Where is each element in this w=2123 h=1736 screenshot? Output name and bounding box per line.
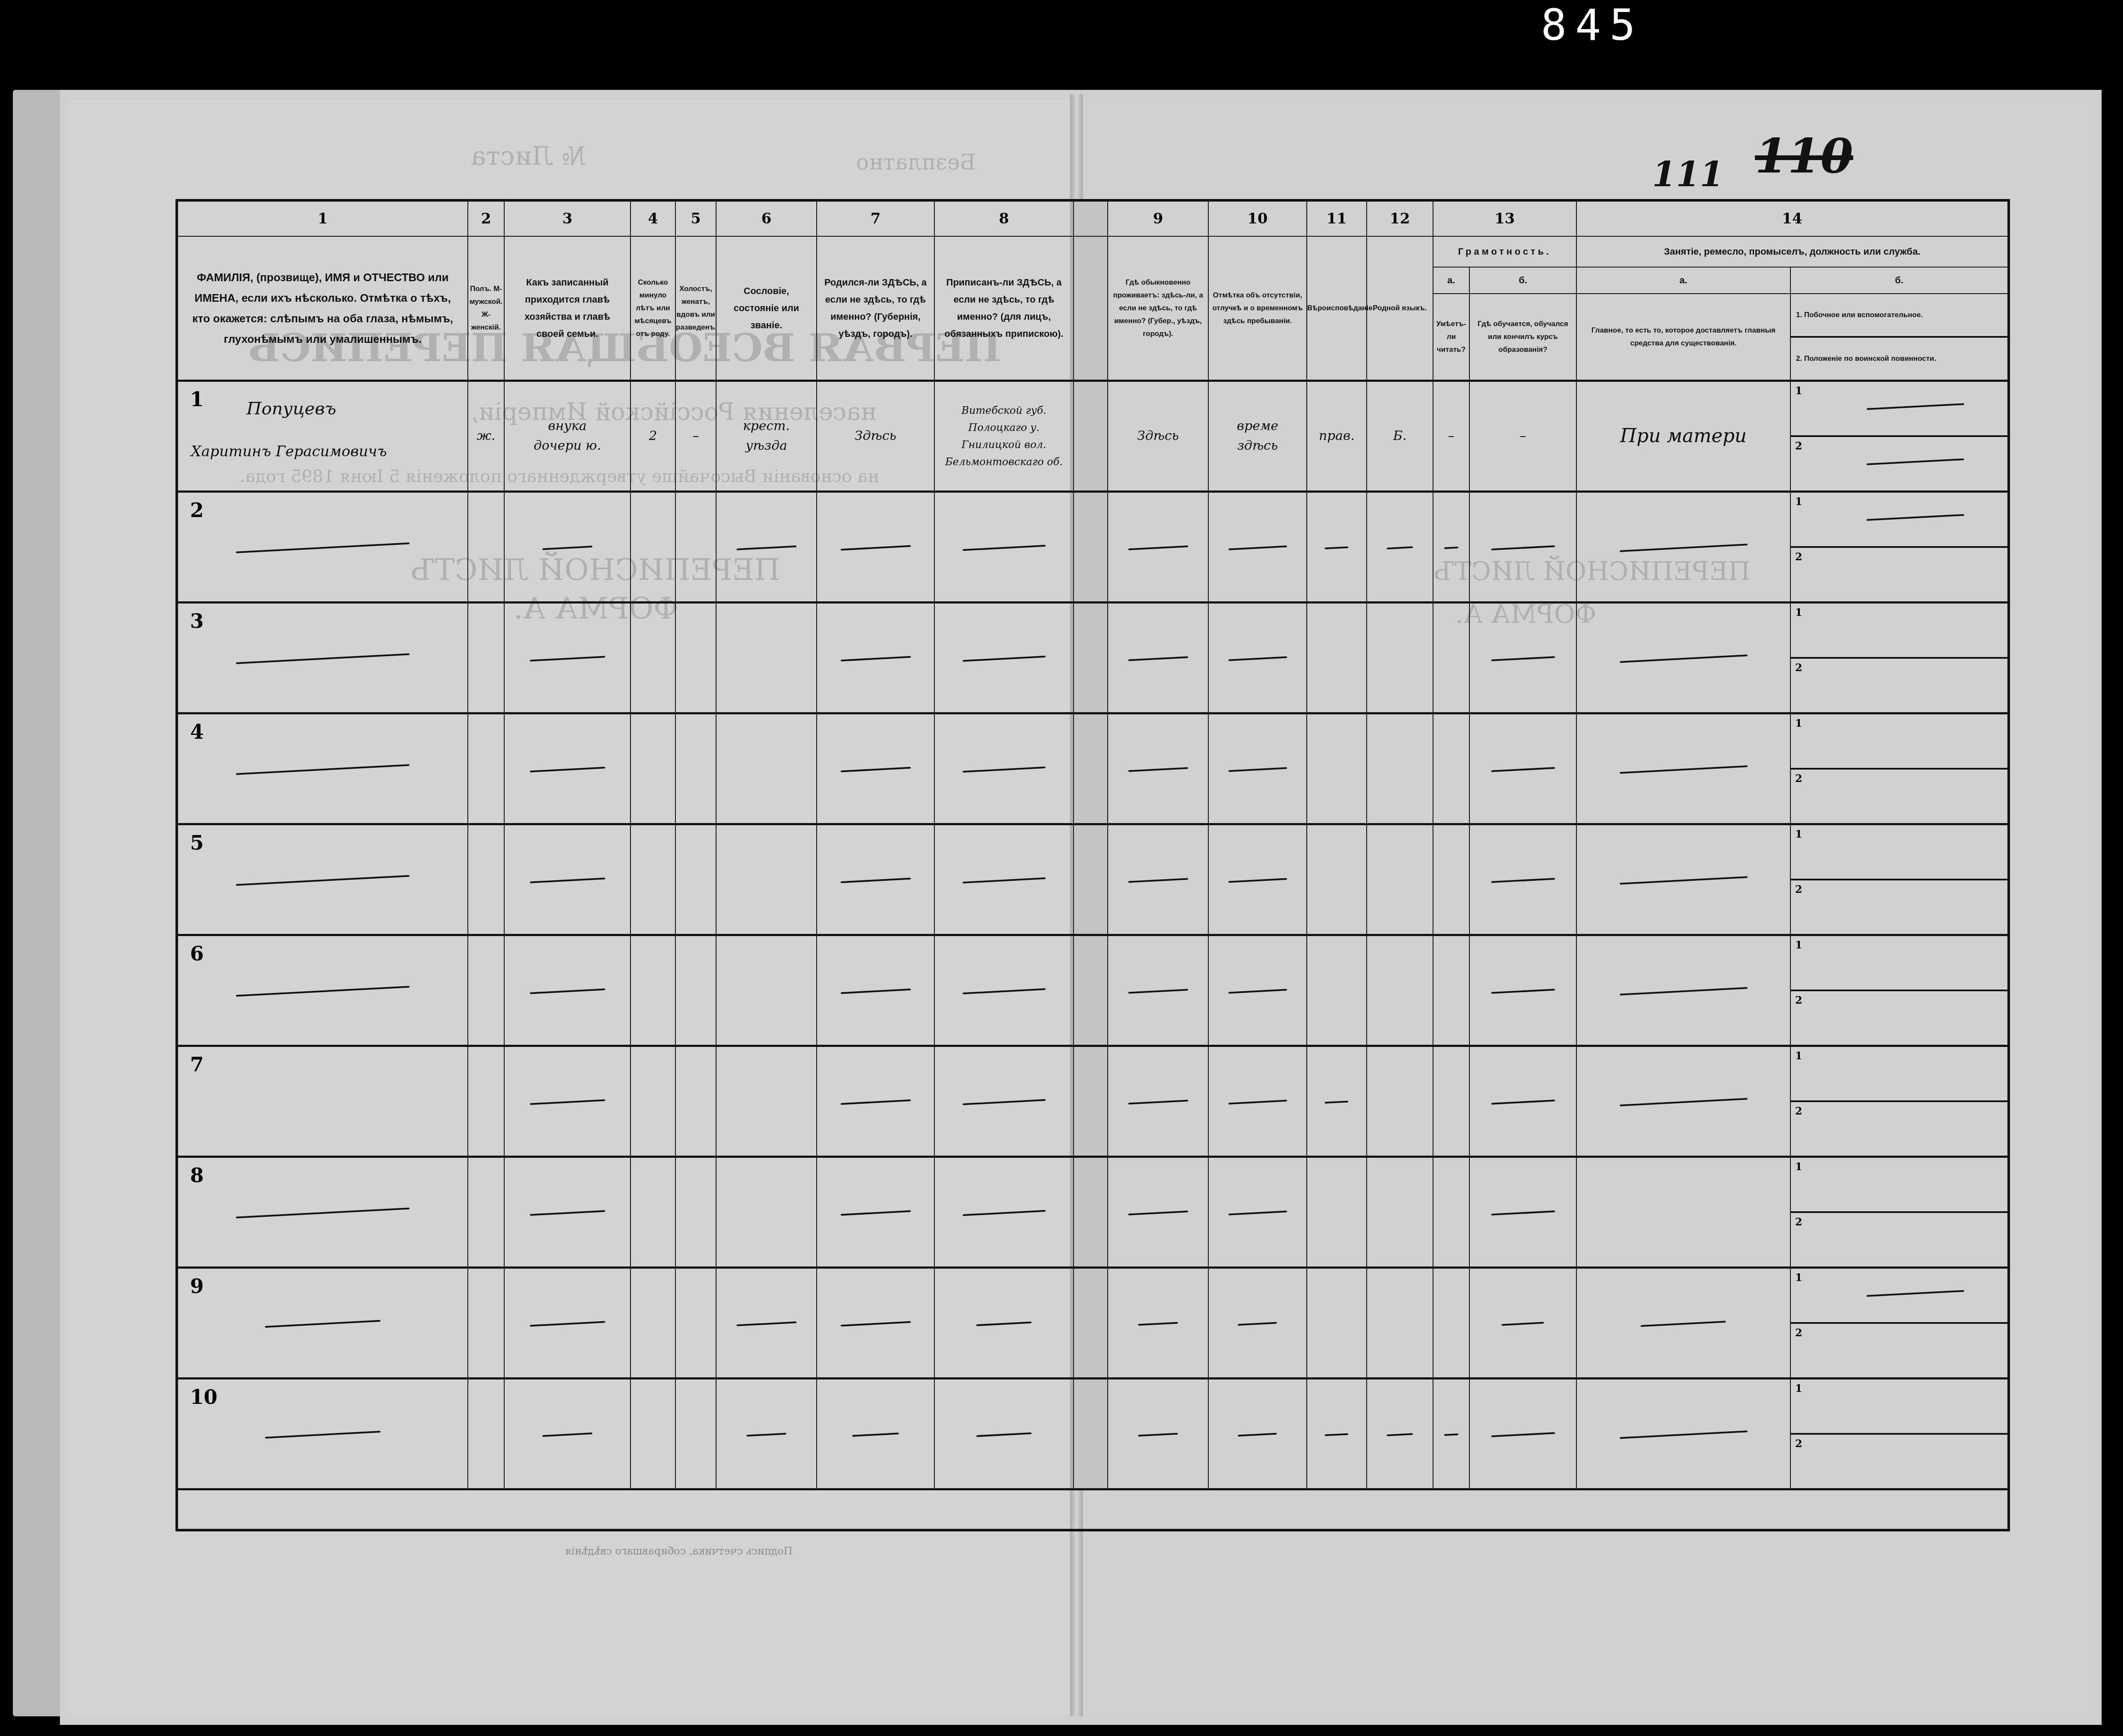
cell-sex[interactable]	[468, 492, 504, 603]
slot-number: 2	[1795, 1105, 1802, 1117]
cell-age[interactable]	[630, 824, 675, 935]
cell-can-read[interactable]	[1433, 1379, 1469, 1489]
cell-occupation-secondary[interactable]: 12	[1790, 1046, 2009, 1157]
cell-relation[interactable]	[504, 1268, 630, 1379]
birthplace-value: Здѣсь	[855, 428, 896, 443]
header-relation: Какъ записанный приходится главѣ хозяйст…	[504, 236, 630, 381]
header-residence: Гдѣ обыкновенно проживаетъ: здѣсь-ли, а …	[1108, 236, 1208, 381]
cell-sex[interactable]	[468, 713, 504, 824]
cell-absence[interactable]	[1208, 1157, 1307, 1268]
census-table: 1 2 3 4 5 6 7 8 9 10 11 12 13 14 ФАМИЛІЯ…	[175, 199, 2010, 1531]
cell-birthplace[interactable]	[817, 935, 934, 1046]
cell-education[interactable]	[1469, 1046, 1576, 1157]
cell-occupation-secondary[interactable]: 12	[1790, 1268, 2009, 1379]
dash-mark	[963, 1099, 1046, 1105]
dash-mark	[1491, 878, 1555, 883]
col-num-5: 5	[675, 200, 716, 236]
cell-estate[interactable]	[716, 1268, 817, 1379]
cell-education[interactable]	[1469, 1379, 1576, 1489]
cell-birthplace[interactable]	[817, 1268, 934, 1379]
dash-mark	[530, 1321, 605, 1326]
cell-registered[interactable]	[934, 492, 1073, 603]
cell-occupation-main[interactable]	[1576, 1157, 1790, 1268]
header-language: Родной языкъ.	[1367, 236, 1433, 381]
cell-education[interactable]	[1469, 492, 1576, 603]
cell-sex[interactable]: ж.	[468, 381, 504, 492]
cell-relation[interactable]	[504, 1157, 630, 1268]
dash-mark	[1238, 1433, 1277, 1437]
cell-absence[interactable]	[1208, 713, 1307, 824]
dash-mark	[1620, 876, 1748, 885]
absence-line-1: време	[1209, 416, 1306, 436]
dash-mark	[1325, 1101, 1348, 1104]
cell-registered[interactable]	[934, 1268, 1073, 1379]
cell-name[interactable]: 9	[177, 1268, 468, 1379]
cell-age[interactable]: 2	[630, 381, 675, 492]
cell-language[interactable]	[1367, 603, 1433, 713]
header-literacy: Грамотность.	[1433, 236, 1576, 267]
cell-absence[interactable]	[1208, 935, 1307, 1046]
cell-estate[interactable]	[716, 1379, 817, 1489]
col-num-12: 12	[1367, 200, 1433, 236]
military-status-slot: 2	[1791, 657, 2007, 712]
gutter-cell	[1073, 1268, 1108, 1379]
secondary-occupation-slot: 1	[1791, 1158, 2007, 1211]
gutter-cell	[1073, 200, 1108, 236]
dash-mark	[530, 656, 605, 661]
cell-name[interactable]: 10	[177, 1379, 468, 1489]
dash-mark	[1228, 878, 1287, 883]
cell-age[interactable]	[630, 603, 675, 713]
dash-mark	[852, 1433, 899, 1437]
cell-residence[interactable]	[1108, 824, 1208, 935]
cell-language[interactable]	[1367, 713, 1433, 824]
given-name: Харитинъ Герасимовичъ	[191, 442, 387, 461]
cell-registered[interactable]	[934, 713, 1073, 824]
secondary-occupation-slot: 1	[1791, 1379, 2007, 1433]
dash-mark	[1444, 547, 1458, 549]
cell-residence[interactable]	[1108, 1046, 1208, 1157]
cell-name[interactable]: 6	[177, 935, 468, 1046]
dash-mark	[963, 1210, 1046, 1216]
dash-mark	[1491, 767, 1555, 772]
cell-absence[interactable]	[1208, 1268, 1307, 1379]
slot-number: 2	[1795, 550, 1802, 563]
cell-can-read[interactable]: –	[1433, 381, 1469, 492]
row-number: 9	[190, 1275, 204, 1298]
dash-mark	[236, 1207, 409, 1218]
dash-mark	[976, 1322, 1032, 1326]
cell-residence[interactable]: Здѣсь	[1108, 381, 1208, 492]
cell-sex[interactable]	[468, 824, 504, 935]
gutter-cell	[1073, 603, 1108, 713]
cell-education[interactable]	[1469, 935, 1576, 1046]
cell-religion[interactable]: прав.	[1307, 381, 1367, 492]
cell-occupation-secondary[interactable]: 12	[1790, 935, 2009, 1046]
header-name: ФАМИЛІЯ, (прозвище), ИМЯ и ОТЧЕСТВО или …	[177, 236, 468, 381]
dash-mark	[1138, 1322, 1178, 1326]
dash-mark	[1444, 1433, 1458, 1436]
secondary-occupation-slot: 1	[1791, 1269, 2007, 1322]
cell-age[interactable]	[630, 1046, 675, 1157]
cell-education[interactable]	[1469, 603, 1576, 713]
dash-mark	[1228, 545, 1287, 550]
slot-number: 2	[1795, 994, 1802, 1006]
military-status-slot: 2	[1791, 435, 2007, 490]
cell-absence[interactable]: време здѣсь	[1208, 381, 1307, 492]
cell-estate[interactable]: крест. уѣзда	[716, 381, 817, 492]
dash-mark	[1867, 514, 1964, 521]
cell-marital[interactable]	[675, 492, 716, 603]
slot-number: 1	[1795, 717, 1802, 729]
cell-marital[interactable]	[675, 1046, 716, 1157]
cell-birthplace[interactable]	[817, 1046, 934, 1157]
cell-absence[interactable]	[1208, 1046, 1307, 1157]
cell-occupation-secondary[interactable]: 12	[1790, 824, 2009, 935]
cell-name[interactable]: 1 Попуцевъ Харитинъ Герасимовичъ	[177, 381, 468, 492]
cell-language[interactable]	[1367, 1379, 1433, 1489]
table-row: 9 12	[177, 1268, 2009, 1379]
dash-mark	[1491, 1210, 1555, 1216]
dash-mark	[963, 656, 1046, 662]
cell-residence[interactable]	[1108, 603, 1208, 713]
header-birthplace: Родился-ли ЗДѢСЬ, а если не здѣсь, то гд…	[817, 236, 934, 381]
cell-relation[interactable]	[504, 713, 630, 824]
cell-age[interactable]	[630, 492, 675, 603]
estate-line-2: уѣзда	[717, 436, 816, 456]
cell-birthplace[interactable]	[817, 603, 934, 713]
cell-estate[interactable]	[716, 713, 817, 824]
cell-absence[interactable]	[1208, 603, 1307, 713]
slot-number: 2	[1795, 1437, 1802, 1450]
header-sex: Полъ. М-мужской. Ж-женскій.	[468, 236, 504, 381]
cell-education[interactable]	[1469, 713, 1576, 824]
dash-mark	[976, 1433, 1032, 1437]
dash-mark	[1138, 1433, 1178, 1437]
estate-line-1: крест.	[717, 416, 816, 436]
cell-relation[interactable]	[504, 824, 630, 935]
header-can-read: Умѣетъ-ли читать?	[1433, 294, 1469, 381]
cell-occupation-main[interactable]	[1576, 824, 1790, 935]
cell-sex[interactable]	[468, 1046, 504, 1157]
col-num-3: 3	[504, 200, 630, 236]
cell-education[interactable]	[1469, 1157, 1576, 1268]
cell-age[interactable]	[630, 1268, 675, 1379]
cell-name[interactable]: 7	[177, 1046, 468, 1157]
cell-birthplace[interactable]: Здѣсь	[817, 381, 934, 492]
cell-age[interactable]	[630, 713, 675, 824]
dash-mark	[542, 1433, 592, 1437]
cell-language[interactable]	[1367, 1268, 1433, 1379]
cell-name[interactable]: 3	[177, 603, 468, 713]
cell-education[interactable]	[1469, 1268, 1576, 1379]
cell-occupation-secondary[interactable]: 1 2	[1790, 381, 2009, 492]
cell-occupation-main[interactable]	[1576, 1379, 1790, 1489]
cell-absence[interactable]	[1208, 1379, 1307, 1489]
dash-mark	[1128, 989, 1188, 993]
slot-number: 2	[1795, 883, 1802, 895]
cell-estate[interactable]	[716, 824, 817, 935]
cell-birthplace[interactable]	[817, 1379, 934, 1489]
row-number: 10	[190, 1385, 217, 1409]
gutter-cell	[1073, 492, 1108, 603]
cell-occupation-main[interactable]	[1576, 935, 1790, 1046]
slot-number: 1	[1795, 939, 1802, 951]
dash-mark	[1491, 656, 1555, 661]
cell-language[interactable]	[1367, 1046, 1433, 1157]
cell-education[interactable]	[1469, 824, 1576, 935]
cell-birthplace[interactable]	[817, 713, 934, 824]
dash-mark	[236, 764, 409, 775]
cell-sex[interactable]	[468, 1157, 504, 1268]
ghost-signature-line: Подпись счетчика, собиравшаго свѣдѣнія	[565, 1545, 793, 1557]
cell-occupation-secondary[interactable]: 12	[1790, 603, 2009, 713]
cell-religion[interactable]	[1307, 935, 1367, 1046]
cell-marital[interactable]: –	[675, 381, 716, 492]
cell-registered[interactable]	[934, 824, 1073, 935]
gutter-cell	[1073, 1157, 1108, 1268]
secondary-occupation-slot: 1	[1791, 825, 2007, 879]
gutter-cell	[1073, 381, 1108, 492]
cell-relation[interactable]	[504, 1379, 630, 1489]
col-num-13: 13	[1433, 200, 1576, 236]
cell-religion[interactable]	[1307, 1379, 1367, 1489]
cell-registered[interactable]	[934, 1379, 1073, 1489]
table-row: 7 12	[177, 1046, 2009, 1157]
dash-mark	[1128, 545, 1188, 550]
cell-absence[interactable]	[1208, 824, 1307, 935]
cell-estate[interactable]	[716, 603, 817, 713]
cell-language[interactable]	[1367, 492, 1433, 603]
cell-name[interactable]: 4	[177, 713, 468, 824]
cell-registered[interactable]: Витебской губ. Полоцкаго у. Гнилицкой во…	[934, 381, 1073, 492]
dash-mark	[542, 546, 592, 550]
dash-mark	[530, 767, 605, 772]
cell-occupation-main[interactable]	[1576, 492, 1790, 603]
cell-birthplace[interactable]	[817, 492, 934, 603]
cell-estate[interactable]	[716, 935, 817, 1046]
cell-residence[interactable]	[1108, 492, 1208, 603]
dash-mark	[1128, 656, 1188, 661]
header-occupation-a-letter: а.	[1576, 267, 1790, 294]
cell-birthplace[interactable]	[817, 824, 934, 935]
cell-occupation-main[interactable]	[1576, 1046, 1790, 1157]
cell-religion[interactable]	[1307, 492, 1367, 603]
cell-language[interactable]	[1367, 1157, 1433, 1268]
cell-relation[interactable]	[504, 935, 630, 1046]
table-row: 2 12	[177, 492, 2009, 603]
cell-language[interactable]: Б.	[1367, 381, 1433, 492]
cell-can-read[interactable]	[1433, 1046, 1469, 1157]
gutter-cell	[1073, 236, 1108, 381]
cell-residence[interactable]	[1108, 713, 1208, 824]
dash-mark	[1491, 1100, 1555, 1105]
cell-marital[interactable]	[675, 935, 716, 1046]
dash-mark	[1228, 989, 1287, 993]
cell-marital[interactable]	[675, 1268, 716, 1379]
military-status-slot: 2	[1791, 879, 2007, 934]
dash-mark	[737, 545, 797, 550]
row-number: 3	[190, 609, 204, 633]
dash-mark	[1387, 1433, 1413, 1436]
header-military-status: 2. Положеніе по воинской повинности.	[1791, 336, 2007, 380]
dash-mark	[841, 656, 911, 662]
header-marital: Холостъ, женатъ, вдовъ или разведенъ.	[675, 236, 716, 381]
table-row: 3 12	[177, 603, 2009, 713]
language-value: Б.	[1393, 428, 1407, 443]
cell-age[interactable]	[630, 1157, 675, 1268]
cell-estate[interactable]	[716, 492, 817, 603]
cell-occupation-secondary[interactable]: 12	[1790, 713, 2009, 824]
header-literacy-a-letter: а.	[1433, 267, 1469, 294]
dash-mark	[841, 1100, 911, 1105]
religion-value: прав.	[1319, 428, 1354, 443]
secondary-occupation-slot: 1	[1791, 603, 2007, 657]
cell-religion[interactable]	[1307, 1157, 1367, 1268]
cell-occupation-secondary[interactable]: 12	[1790, 1379, 2009, 1489]
registered-value: Витебской губ. Полоцкаго у. Гнилицкой во…	[935, 402, 1073, 470]
dash-mark	[1620, 1098, 1748, 1106]
header-estate: Сословіе, состояніе или званіе.	[716, 236, 817, 381]
cell-occupation-main[interactable]	[1576, 713, 1790, 824]
cell-sex[interactable]	[468, 1268, 504, 1379]
cell-age[interactable]	[630, 935, 675, 1046]
cell-residence[interactable]	[1108, 1379, 1208, 1489]
header-occupation: Занятіе, ремесло, промыселъ, должность и…	[1576, 236, 2009, 267]
cell-occupation-main[interactable]	[1576, 603, 1790, 713]
dash-mark	[1620, 544, 1748, 552]
cell-marital[interactable]	[675, 713, 716, 824]
secondary-occupation-slot: 1	[1791, 382, 2007, 435]
cell-estate[interactable]	[716, 1046, 817, 1157]
cell-estate[interactable]	[716, 1157, 817, 1268]
row-number: 4	[190, 720, 204, 743]
cell-occupation-main[interactable]	[1576, 1268, 1790, 1379]
cell-religion[interactable]	[1307, 1046, 1367, 1157]
surname: Попуцевъ	[247, 399, 336, 419]
cell-registered[interactable]	[934, 603, 1073, 713]
header-age: Сколько минуло лѣтъ или мѣсяцевъ отъ род…	[630, 236, 675, 381]
slot-number: 2	[1795, 772, 1802, 785]
dash-mark	[737, 1321, 797, 1326]
cell-relation[interactable]	[504, 603, 630, 713]
cell-religion[interactable]	[1307, 603, 1367, 713]
absence-line-2: здѣсь	[1209, 436, 1306, 456]
slot-number: 2	[1795, 1216, 1802, 1228]
dash-mark	[1491, 989, 1555, 994]
dash-mark	[265, 1320, 381, 1328]
cell-relation[interactable]	[504, 1046, 630, 1157]
table-row: 10 12	[177, 1379, 2009, 1489]
cell-occupation-secondary[interactable]: 12	[1790, 1157, 2009, 1268]
cell-religion[interactable]	[1307, 713, 1367, 824]
header-literacy-b-letter: б.	[1469, 267, 1576, 294]
cell-marital[interactable]	[675, 1157, 716, 1268]
cell-education[interactable]: –	[1469, 381, 1576, 492]
cell-residence[interactable]	[1108, 1157, 1208, 1268]
education-value: –	[1520, 428, 1526, 443]
cell-age[interactable]	[630, 1379, 675, 1489]
dash-mark	[1502, 1322, 1544, 1326]
cell-residence[interactable]	[1108, 1268, 1208, 1379]
cell-sex[interactable]	[468, 1379, 504, 1489]
dash-mark	[1128, 1210, 1188, 1215]
cell-can-read[interactable]	[1433, 713, 1469, 824]
cell-religion[interactable]	[1307, 824, 1367, 935]
footer-blank	[177, 1489, 2009, 1531]
dash-mark	[1238, 1322, 1277, 1326]
slot-number: 1	[1795, 495, 1802, 508]
col-num-9: 9	[1108, 200, 1208, 236]
cell-name[interactable]: 2	[177, 492, 468, 603]
col-num-10: 10	[1208, 200, 1307, 236]
cell-marital[interactable]	[675, 824, 716, 935]
cell-relation[interactable]	[504, 492, 630, 603]
dash-mark	[1491, 1432, 1555, 1437]
cell-language[interactable]	[1367, 935, 1433, 1046]
cell-name[interactable]: 8	[177, 1157, 468, 1268]
cell-name[interactable]: 5	[177, 824, 468, 935]
header-occupation-b-letter: б.	[1790, 267, 2009, 294]
gutter-cell	[1073, 824, 1108, 935]
cell-sex[interactable]	[468, 935, 504, 1046]
cell-registered[interactable]	[934, 935, 1073, 1046]
slot-number: 2	[1795, 440, 1802, 452]
cell-sex[interactable]	[468, 603, 504, 713]
ghost-free-label: Безплатно	[856, 150, 976, 175]
cell-can-read[interactable]	[1433, 1268, 1469, 1379]
archive-stamp-number: 845	[1541, 0, 1738, 47]
can-read-value: –	[1448, 428, 1454, 443]
cell-marital[interactable]	[675, 1379, 716, 1489]
gutter-cell	[1073, 1046, 1108, 1157]
cell-absence[interactable]	[1208, 492, 1307, 603]
cell-relation[interactable]: внука дочери ю.	[504, 381, 630, 492]
dash-mark	[1228, 767, 1287, 772]
cell-registered[interactable]	[934, 1046, 1073, 1157]
col-num-4: 4	[630, 200, 675, 236]
cell-birthplace[interactable]	[817, 1157, 934, 1268]
dash-mark	[1867, 403, 1964, 410]
folio-number-old: 111	[1652, 154, 1724, 194]
cell-religion[interactable]	[1307, 1268, 1367, 1379]
dash-mark	[1641, 1321, 1726, 1327]
cell-occupation-secondary[interactable]: 12	[1790, 492, 2009, 603]
cell-can-read[interactable]	[1433, 935, 1469, 1046]
cell-occupation-main[interactable]: При матери	[1576, 381, 1790, 492]
cell-residence[interactable]	[1108, 935, 1208, 1046]
cell-marital[interactable]	[675, 603, 716, 713]
dash-mark	[1620, 765, 1748, 774]
cell-can-read[interactable]	[1433, 492, 1469, 603]
table-row: 6 12	[177, 935, 2009, 1046]
age-value: 2	[649, 428, 657, 443]
cell-can-read[interactable]	[1433, 824, 1469, 935]
cell-registered[interactable]	[934, 1157, 1073, 1268]
cell-can-read[interactable]	[1433, 1157, 1469, 1268]
dash-mark	[841, 989, 911, 994]
dash-mark	[236, 653, 409, 664]
cell-language[interactable]	[1367, 824, 1433, 935]
dash-mark	[841, 1321, 911, 1327]
slot-number: 2	[1795, 661, 1802, 674]
slot-number: 1	[1795, 1382, 1802, 1394]
secondary-occupation-slot: 1	[1791, 714, 2007, 768]
dash-mark	[1228, 656, 1287, 661]
header-secondary-occupation: 1. Побочное или вспомогательное.	[1791, 294, 2007, 336]
cell-can-read[interactable]	[1433, 603, 1469, 713]
sex-value: ж.	[477, 428, 496, 443]
